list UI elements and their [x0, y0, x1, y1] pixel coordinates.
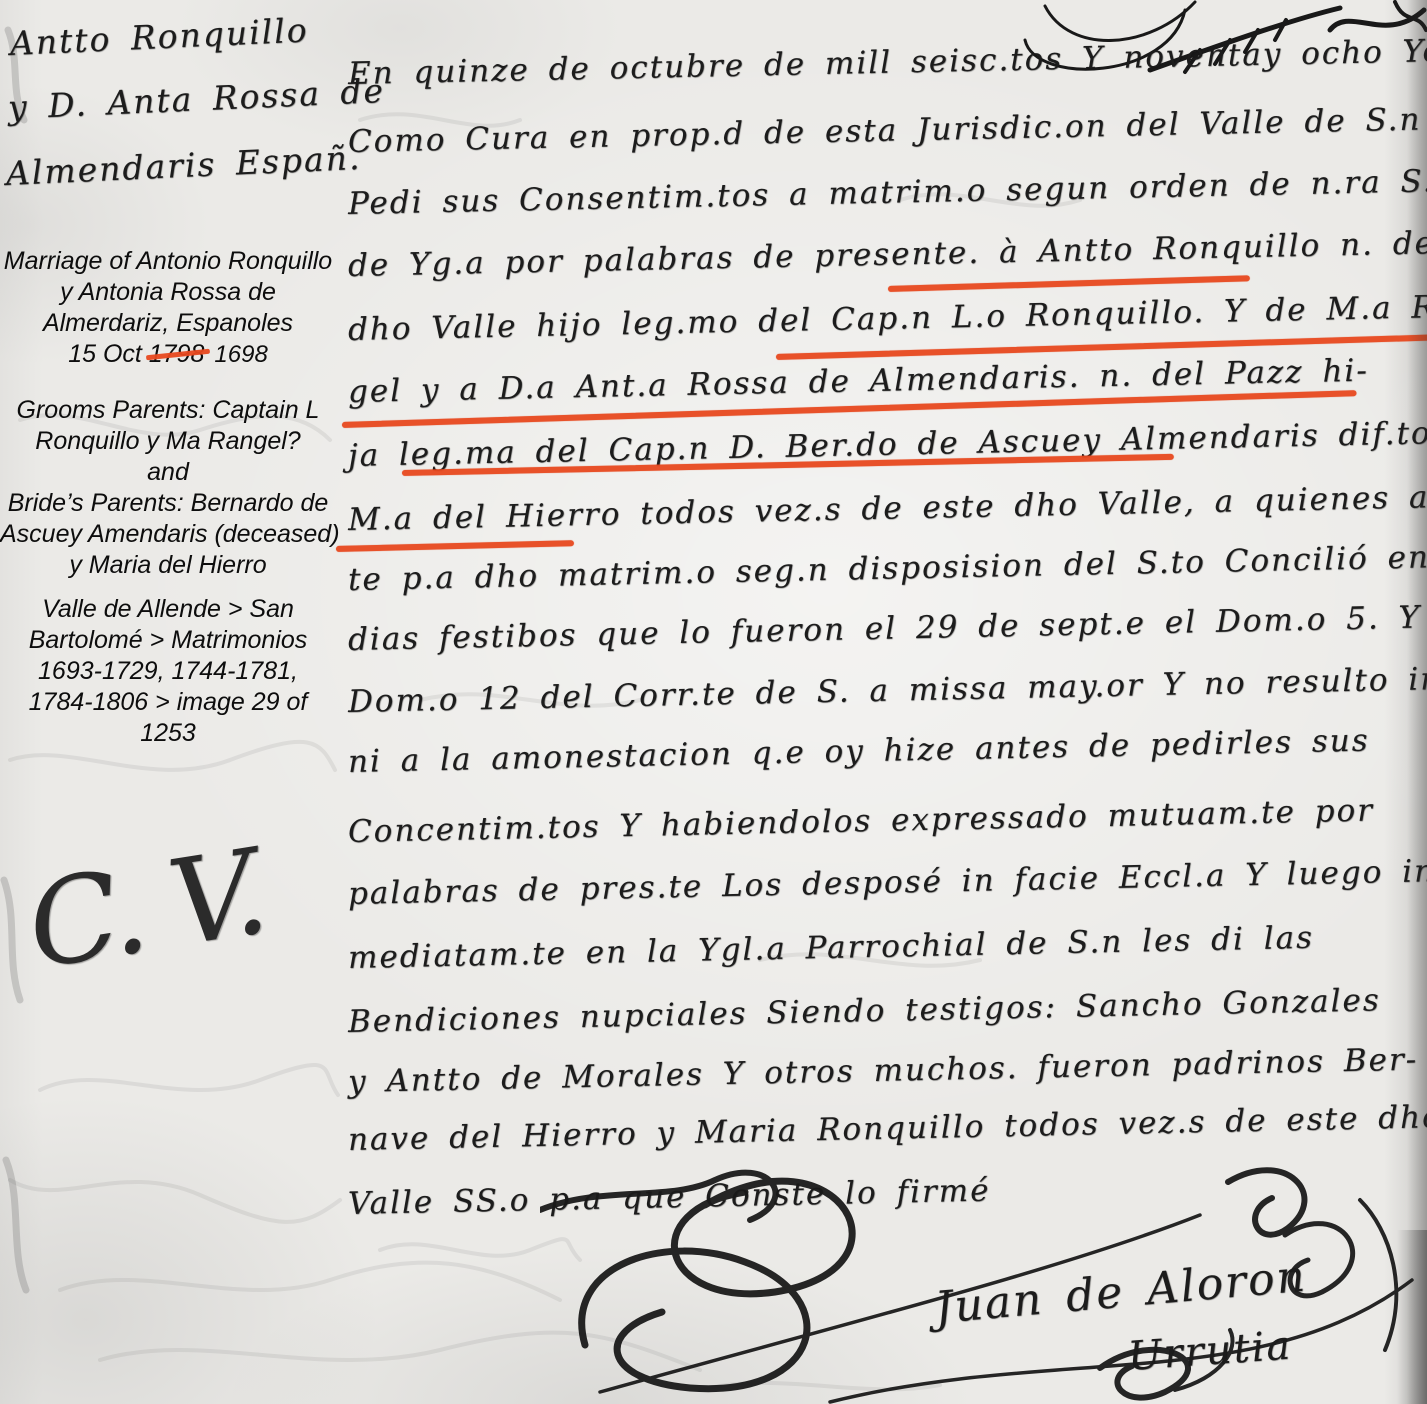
date-struck-out: 1798 — [149, 339, 205, 370]
annotation-line: 1693-1729, 1744-1781, — [0, 656, 336, 687]
annotation-line: Bartolomé > Matrimonios — [0, 625, 336, 656]
margin-note-line: Almendaris Españ. — [5, 127, 385, 204]
margin-note-line: y D. Anta Rossa de — [7, 61, 387, 138]
annotation-source-block: Valle de Allende > San Bartolomé > Matri… — [0, 594, 336, 749]
annotation-line: Bride’s Parents: Bernardo de — [0, 488, 336, 519]
annotation-line: 1784-1806 > image 29 of — [0, 687, 336, 718]
annotation-line: y Antonia Rossa de — [0, 277, 336, 308]
annotation-line: and — [0, 457, 336, 488]
page-edge-shadow-bottom — [1397, 1230, 1427, 1404]
margin-note: Antto Ronquillo y D. Anta Rossa de Almen… — [10, 14, 387, 194]
annotation-line: Marriage of Antonio Ronquillo — [0, 246, 336, 277]
annotation-line: Valle de Allende > San — [0, 594, 336, 625]
annotation-line: Ascuey Amendaris (deceased) — [0, 519, 336, 550]
annotation-line: 1253 — [0, 718, 336, 749]
annotation-parents-block: Grooms Parents: Captain L Ronquillo y Ma… — [0, 395, 336, 581]
annotation-line: Grooms Parents: Captain L — [0, 395, 336, 426]
page-edge-shadow — [1407, 0, 1427, 1404]
date-prefix: 15 Oct — [68, 340, 149, 368]
scanned-marriage-record: Antto Ronquillo y D. Anta Rossa de Almen… — [0, 0, 1427, 1404]
annotation-line: y Maria del Hierro — [0, 550, 336, 581]
annotation-title-block: Marriage of Antonio Ronquillo y Antonia … — [0, 246, 336, 370]
annotation-date-line: 15 Oct 17981698 — [0, 339, 336, 370]
annotation-line: Ronquillo y Ma Rangel? — [0, 426, 336, 457]
annotation-line: Almerdariz, Espanoles — [0, 308, 336, 339]
date-correction: 1698 — [214, 341, 267, 368]
